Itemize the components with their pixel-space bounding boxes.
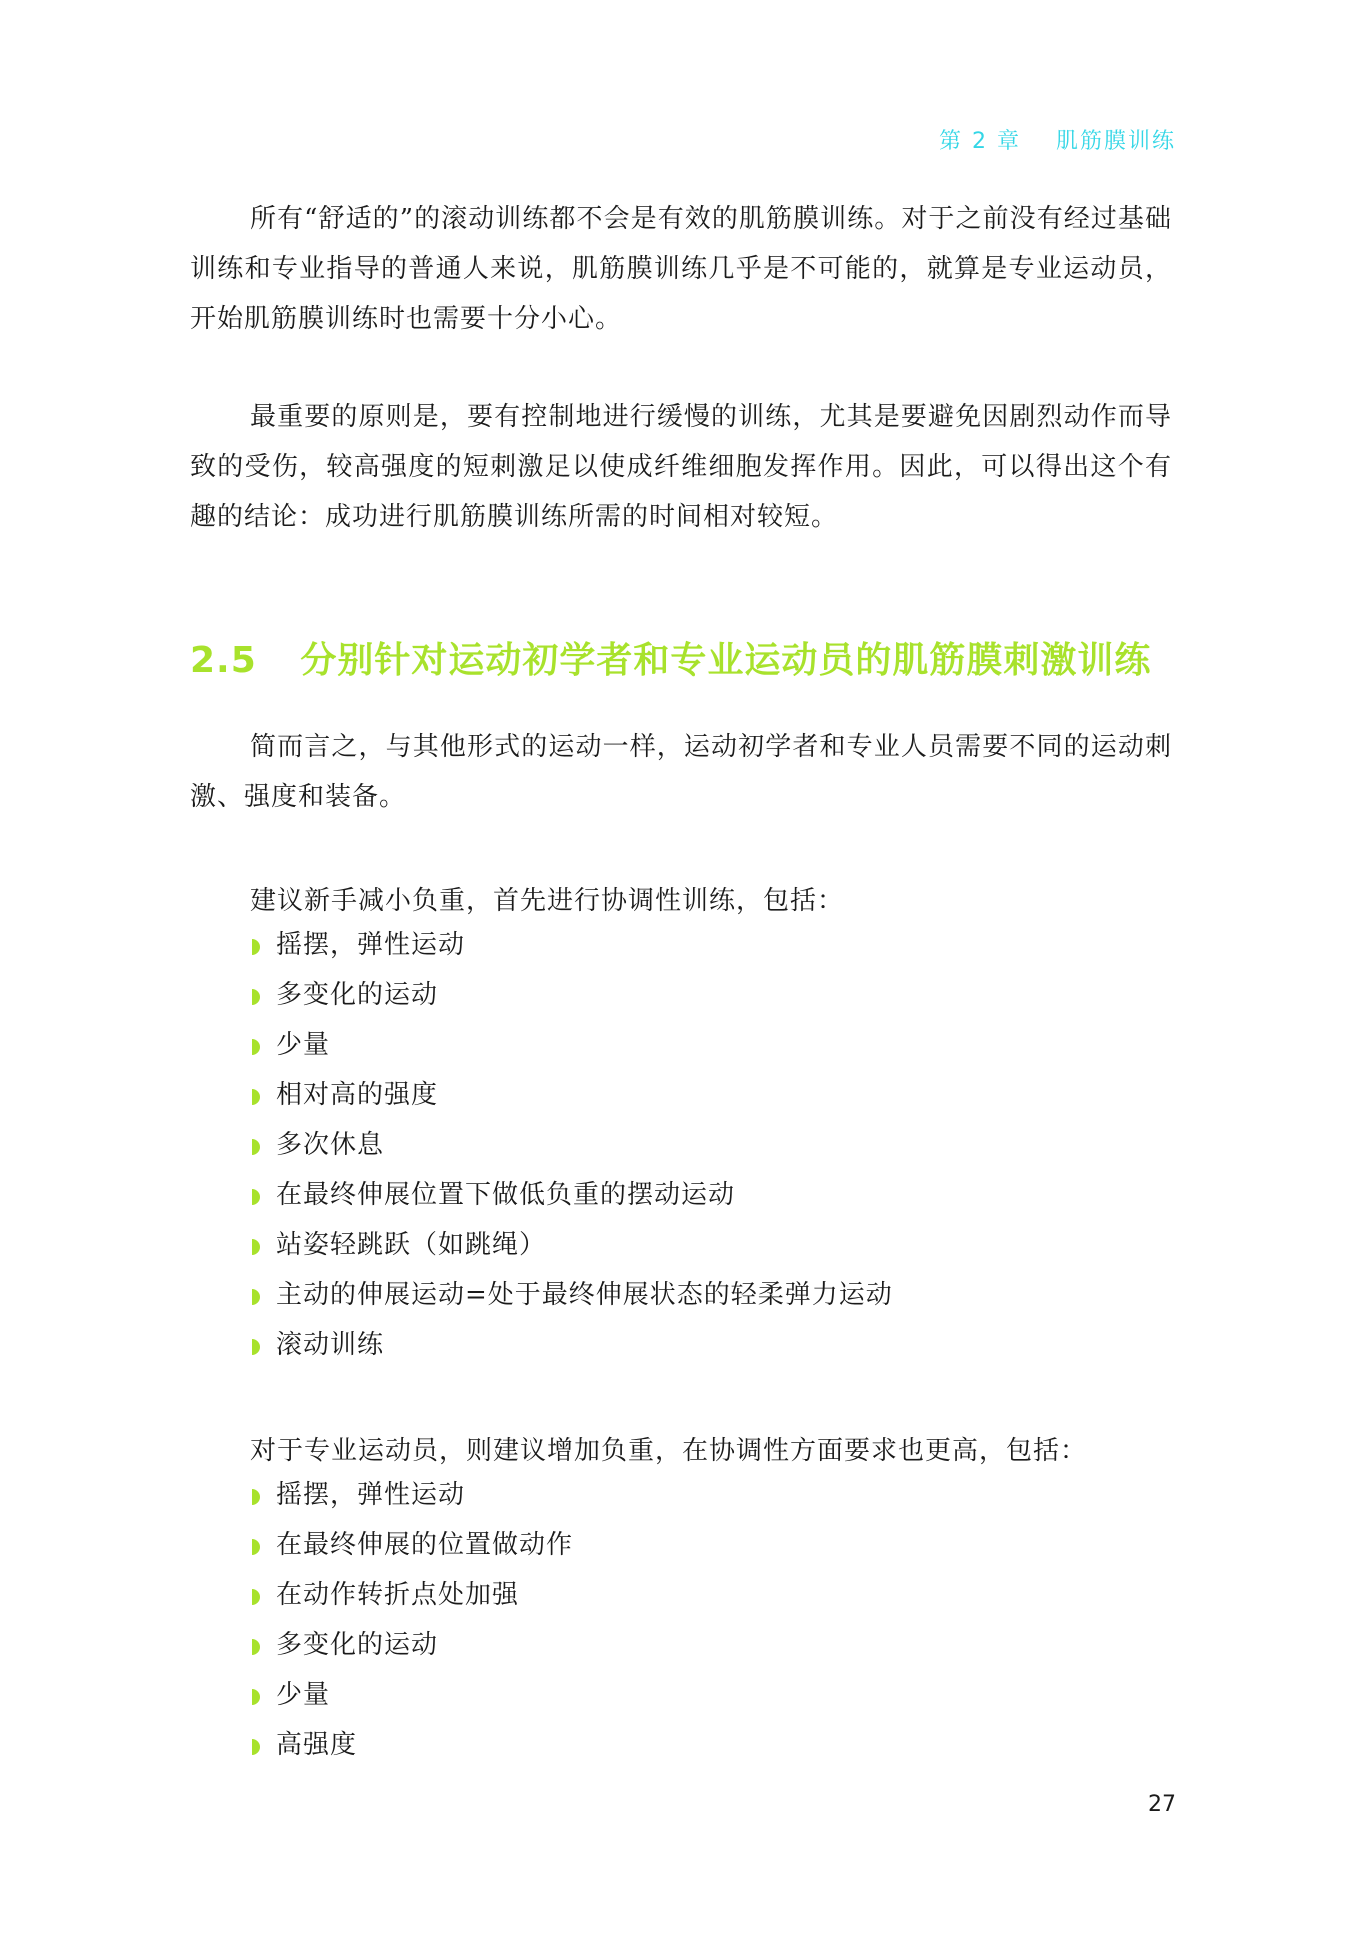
list-item: 摇摆，弹性运动 xyxy=(252,920,893,970)
paragraph-1-block: 所有“舒适的”的滚动训练都不会是有效的肌筋膜训练。对于之前没有经过基础训练和专业… xyxy=(190,194,1172,344)
section-number: 2.5 xyxy=(190,640,257,681)
professionals-list: 摇摆，弹性运动 在最终伸展的位置做动作 在动作转折点处加强 多变化的运动 少量 … xyxy=(252,1470,573,1770)
list-item: 主动的伸展运动=处于最终伸展状态的轻柔弹力运动 xyxy=(252,1270,893,1320)
list-item: 多变化的运动 xyxy=(252,970,893,1020)
bullet-icon xyxy=(252,1039,260,1055)
list-item: 高强度 xyxy=(252,1720,573,1770)
bullet-icon xyxy=(252,1689,260,1705)
bullet-icon xyxy=(252,1639,260,1655)
professionals-intro: 对于专业运动员，则建议增加负重，在协调性方面要求也更高，包括： xyxy=(250,1430,1087,1467)
running-head: 第 2 章 肌筋膜训练 xyxy=(939,124,1176,155)
bullet-icon xyxy=(252,939,260,955)
list-item: 在最终伸展位置下做低负重的摆动运动 xyxy=(252,1170,893,1220)
chapter-title: 肌筋膜训练 xyxy=(1056,129,1176,154)
bullet-icon xyxy=(252,1739,260,1755)
paragraph-2: 最重要的原则是，要有控制地进行缓慢的训练，尤其是要避免因剧烈动作而导致的受伤，较… xyxy=(190,392,1172,542)
bullet-icon xyxy=(252,1089,260,1105)
section-heading: 2.5 分别针对运动初学者和专业运动员的肌筋膜刺激训练 xyxy=(190,632,1151,683)
list-item: 相对高的强度 xyxy=(252,1070,893,1120)
paragraph-1: 所有“舒适的”的滚动训练都不会是有效的肌筋膜训练。对于之前没有经过基础训练和专业… xyxy=(190,194,1172,344)
page-number: 27 xyxy=(1148,1792,1176,1817)
section-intro-block: 简而言之，与其他形式的运动一样，运动初学者和专业人员需要不同的运动刺激、强度和装… xyxy=(190,722,1172,822)
beginners-list: 摇摆，弹性运动 多变化的运动 少量 相对高的强度 多次休息 在最终伸展位置下做低… xyxy=(252,920,893,1370)
bullet-icon xyxy=(252,1589,260,1605)
list-item: 多变化的运动 xyxy=(252,1620,573,1670)
paragraph-2-block: 最重要的原则是，要有控制地进行缓慢的训练，尤其是要避免因剧烈动作而导致的受伤，较… xyxy=(190,392,1172,542)
list-item: 站姿轻跳跃（如跳绳） xyxy=(252,1220,893,1270)
bullet-icon xyxy=(252,1239,260,1255)
bullet-icon xyxy=(252,1289,260,1305)
list-item: 少量 xyxy=(252,1670,573,1720)
list-item: 多次休息 xyxy=(252,1120,893,1170)
bullet-icon xyxy=(252,1539,260,1555)
bullet-icon xyxy=(252,1489,260,1505)
list-item: 在最终伸展的位置做动作 xyxy=(252,1520,573,1570)
beginners-intro: 建议新手减小负重，首先进行协调性训练，包括： xyxy=(250,880,844,917)
section-title: 分别针对运动初学者和专业运动员的肌筋膜刺激训练 xyxy=(300,640,1151,681)
bullet-icon xyxy=(252,1189,260,1205)
section-intro: 简而言之，与其他形式的运动一样，运动初学者和专业人员需要不同的运动刺激、强度和装… xyxy=(190,722,1172,822)
list-item: 滚动训练 xyxy=(252,1320,893,1370)
chapter-number: 第 2 章 xyxy=(939,129,1021,154)
list-item: 在动作转折点处加强 xyxy=(252,1570,573,1620)
bullet-icon xyxy=(252,989,260,1005)
list-item: 少量 xyxy=(252,1020,893,1070)
list-item: 摇摆，弹性运动 xyxy=(252,1470,573,1520)
bullet-icon xyxy=(252,1139,260,1155)
bullet-icon xyxy=(252,1339,260,1355)
